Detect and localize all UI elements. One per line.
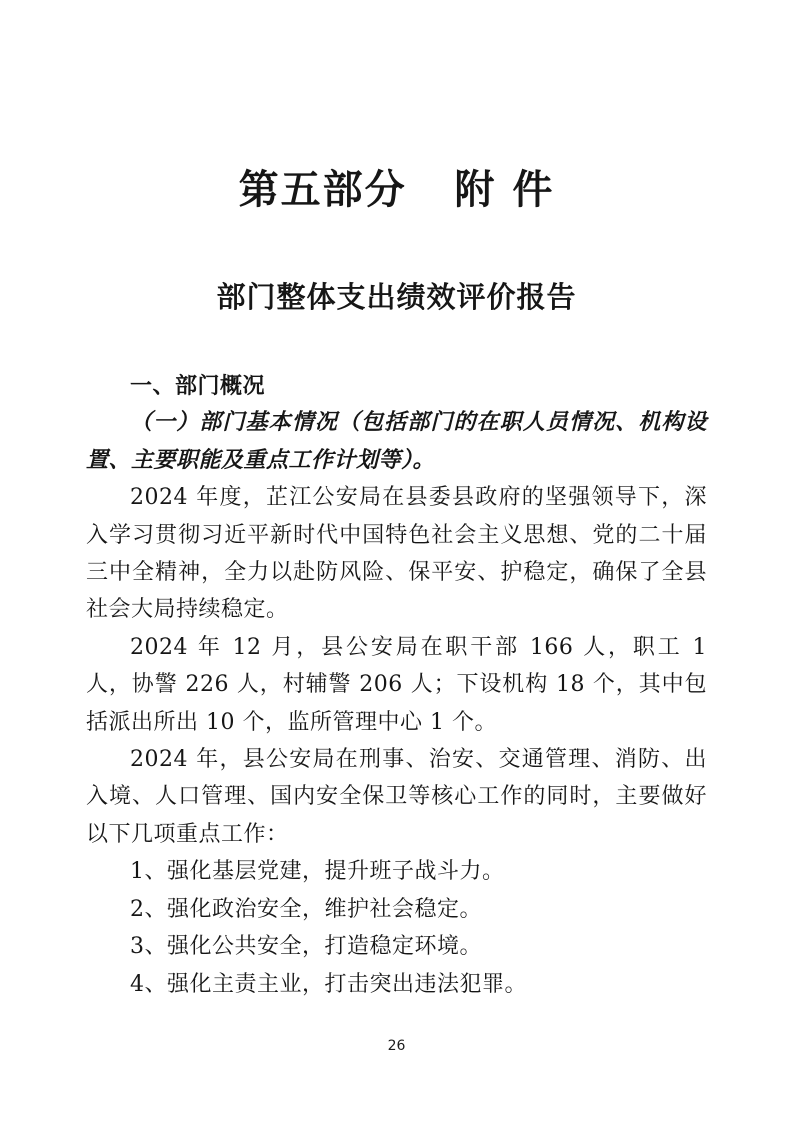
document-body: 一、部门概况 （一）部门基本情况（包括部门的在职人员情况、机构设置、主要职能及重… — [86, 367, 707, 1003]
paragraph-leadership: 2024 年度，芷江公安局在县委县政府的坚强领导下，深入学习贯彻习近平新时代中国… — [86, 479, 707, 629]
subsection-heading-basic-info: （一）部门基本情况（包括部门的在职人员情况、机构设置、主要职能及重点工作计划等）… — [86, 404, 707, 479]
paragraph-core-work: 2024 年，县公安局在刑事、治安、交通管理、消防、出入境、人口管理、国内安全保… — [86, 741, 707, 853]
report-title: 部门整体支出绩效评价报告 — [0, 280, 793, 317]
part-title: 第五部分 附 件 — [0, 0, 793, 212]
section-heading-overview: 一、部门概况 — [86, 367, 707, 404]
document-page: 第五部分 附 件 部门整体支出绩效评价报告 一、部门概况 （一）部门基本情况（包… — [0, 0, 793, 1122]
list-item-task-2: 2、强化政治安全，维护社会稳定。 — [86, 891, 707, 928]
list-item-task-4: 4、强化主责主业，打击突出违法犯罪。 — [86, 966, 707, 1003]
page-number: 26 — [0, 1038, 793, 1054]
list-item-task-3: 3、强化公共安全，打造稳定环境。 — [86, 928, 707, 965]
list-item-task-1: 1、强化基层党建，提升班子战斗力。 — [86, 853, 707, 890]
paragraph-staffing: 2024 年 12 月，县公安局在职干部 166 人，职工 1 人，协警 226… — [86, 629, 707, 741]
